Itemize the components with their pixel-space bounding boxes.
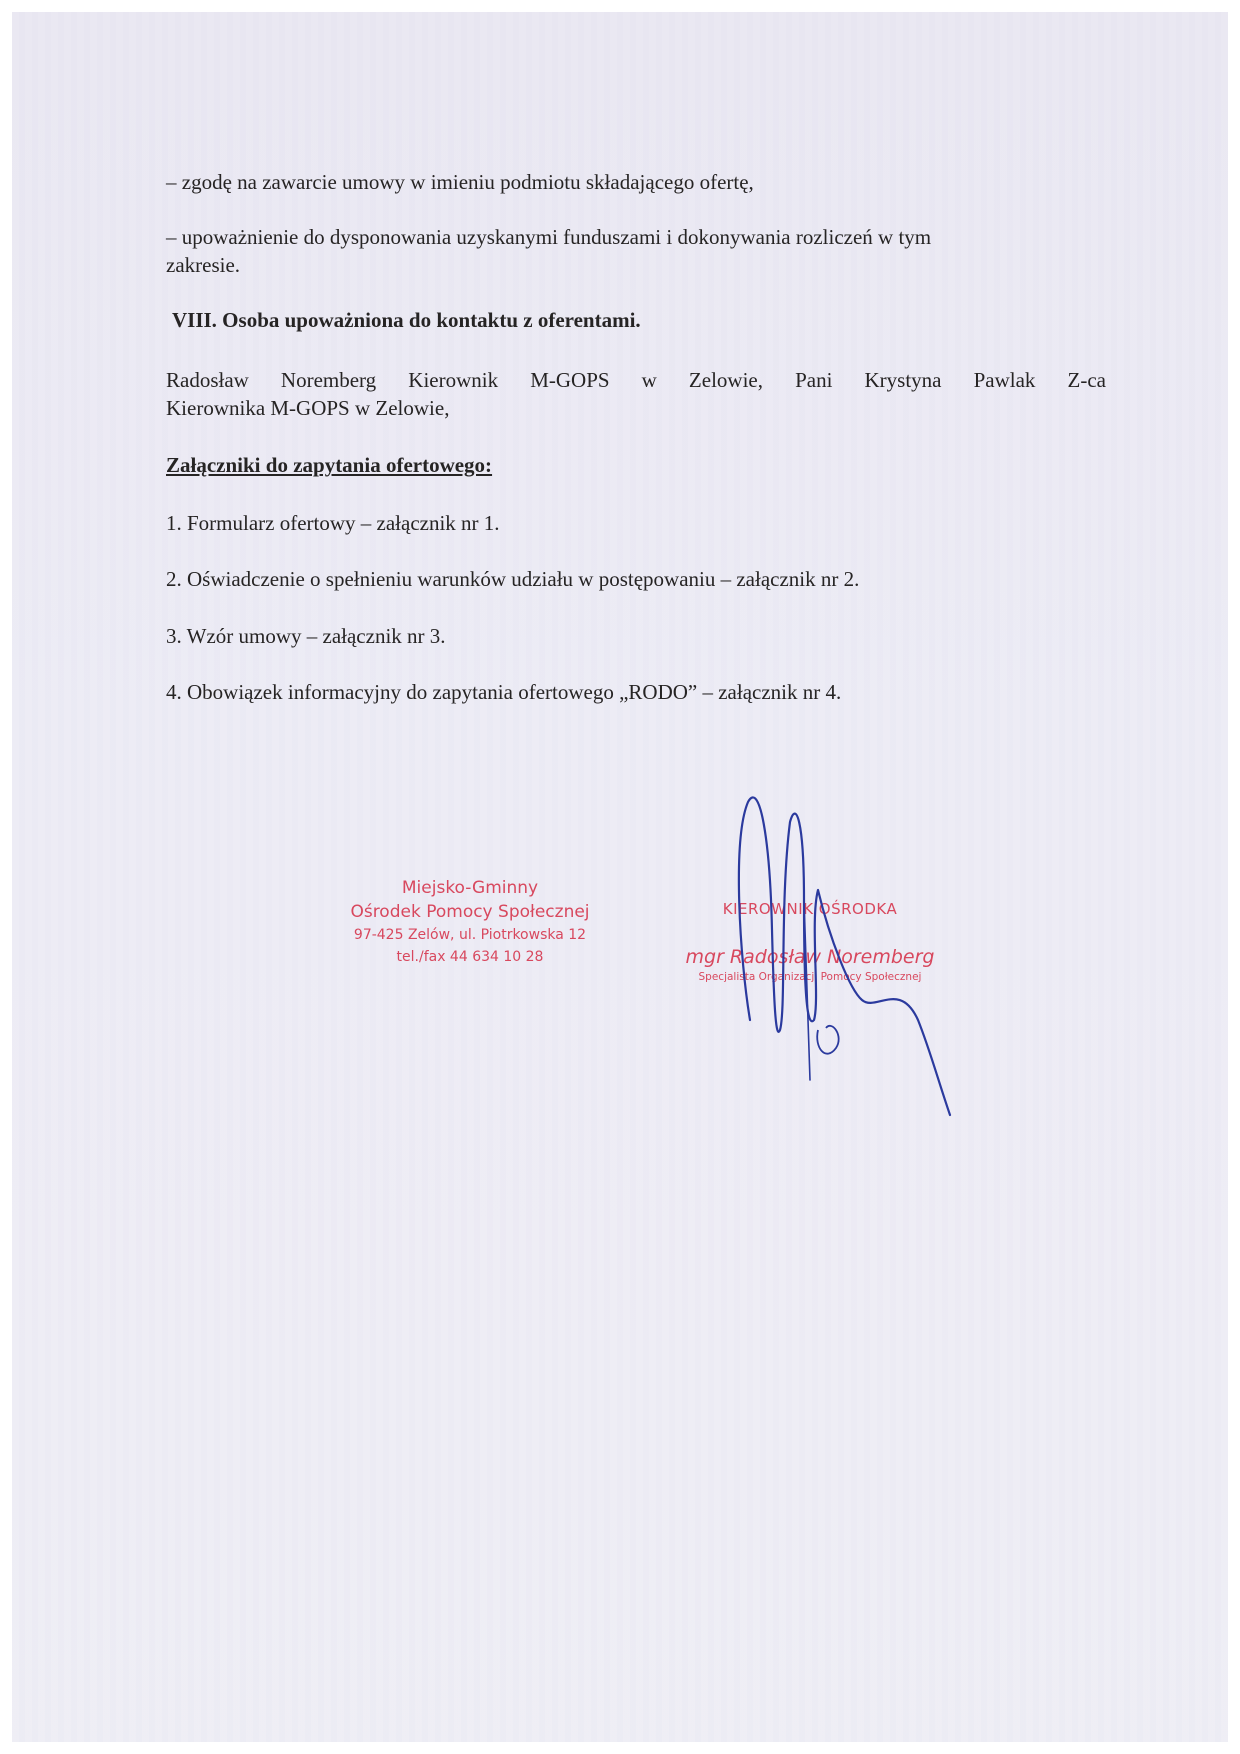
bullet-authorization: – upoważnienie do dysponowania uzyskanym… (166, 223, 931, 251)
director-title: KIEROWNIK OŚRODKA (660, 898, 960, 920)
attachment-item: 4. Obowiązek informacyjny do zapytania o… (166, 678, 841, 706)
stamp-line: 97-425 Zelów, ul. Piotrkowska 12 (320, 924, 620, 946)
stamp-line: tel./fax 44 634 10 28 (320, 946, 620, 968)
attachments-heading: Załączniki do zapytania ofertowego: (166, 451, 492, 479)
attachment-item: 1. Formularz ofertowy – załącznik nr 1. (166, 509, 500, 537)
institution-stamp: Miejsko-Gminny Ośrodek Pomocy Społecznej… (320, 876, 620, 968)
contact-line-2: Kierownika M-GOPS w Zelowie, (166, 394, 449, 422)
stamp-line: Miejsko-Gminny (320, 876, 620, 900)
bullet-authorization-cont: zakresie. (166, 251, 240, 279)
director-role: Specjalista Organizacji Pomocy Społeczne… (660, 970, 960, 984)
stamp-line: Ośrodek Pomocy Społecznej (320, 900, 620, 924)
section-viii-heading: VIII. Osoba upoważniona do kontaktu z of… (172, 306, 641, 334)
bullet-consent: – zgodę na zawarcie umowy w imieniu podm… (166, 168, 754, 196)
director-stamp: KIEROWNIK OŚRODKA mgr Radosław Noremberg… (660, 898, 960, 984)
attachment-item: 2. Oświadczenie o spełnieniu warunków ud… (166, 565, 859, 593)
contact-line-1: Radosław Noremberg Kierownik M-GOPS w Ze… (166, 366, 1106, 394)
director-name: mgr Radosław Noremberg (660, 944, 960, 970)
attachment-item: 3. Wzór umowy – załącznik nr 3. (166, 622, 446, 650)
